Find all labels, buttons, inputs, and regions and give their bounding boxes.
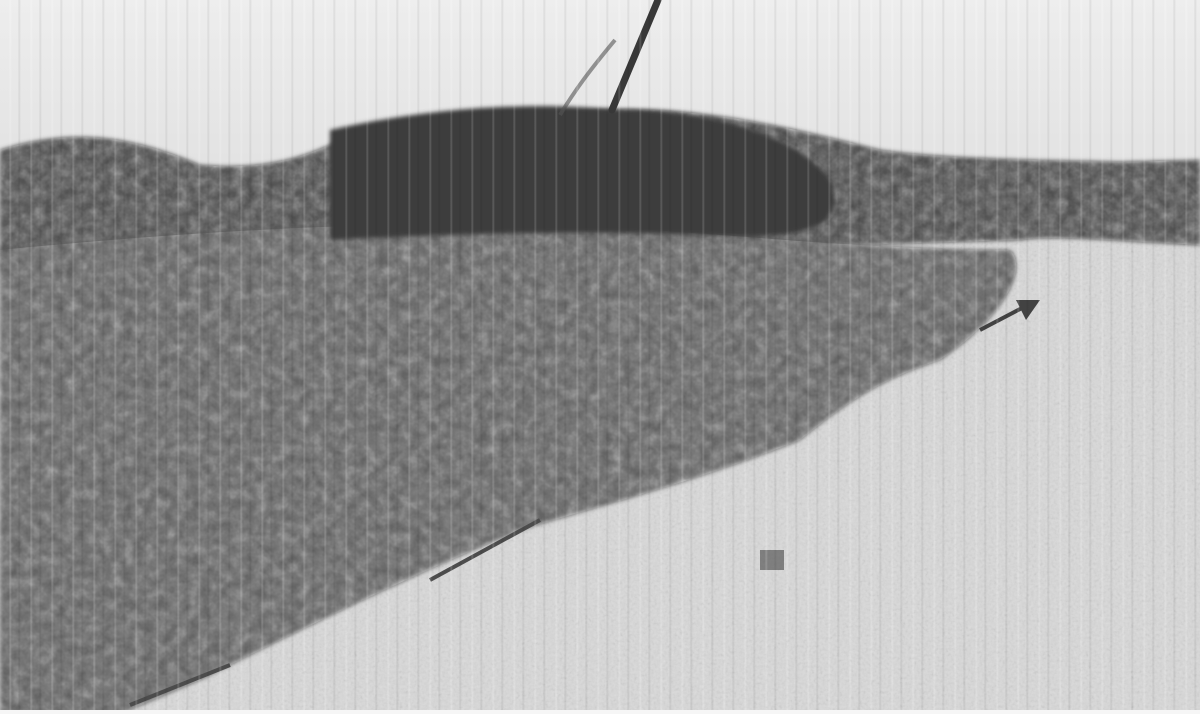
pole-branches [560,40,615,115]
scan-bottom-edge [0,710,1200,714]
photograph [0,0,1200,714]
leaning-pole [612,0,658,110]
small-object [760,550,784,570]
scene-drawing [0,0,1200,714]
